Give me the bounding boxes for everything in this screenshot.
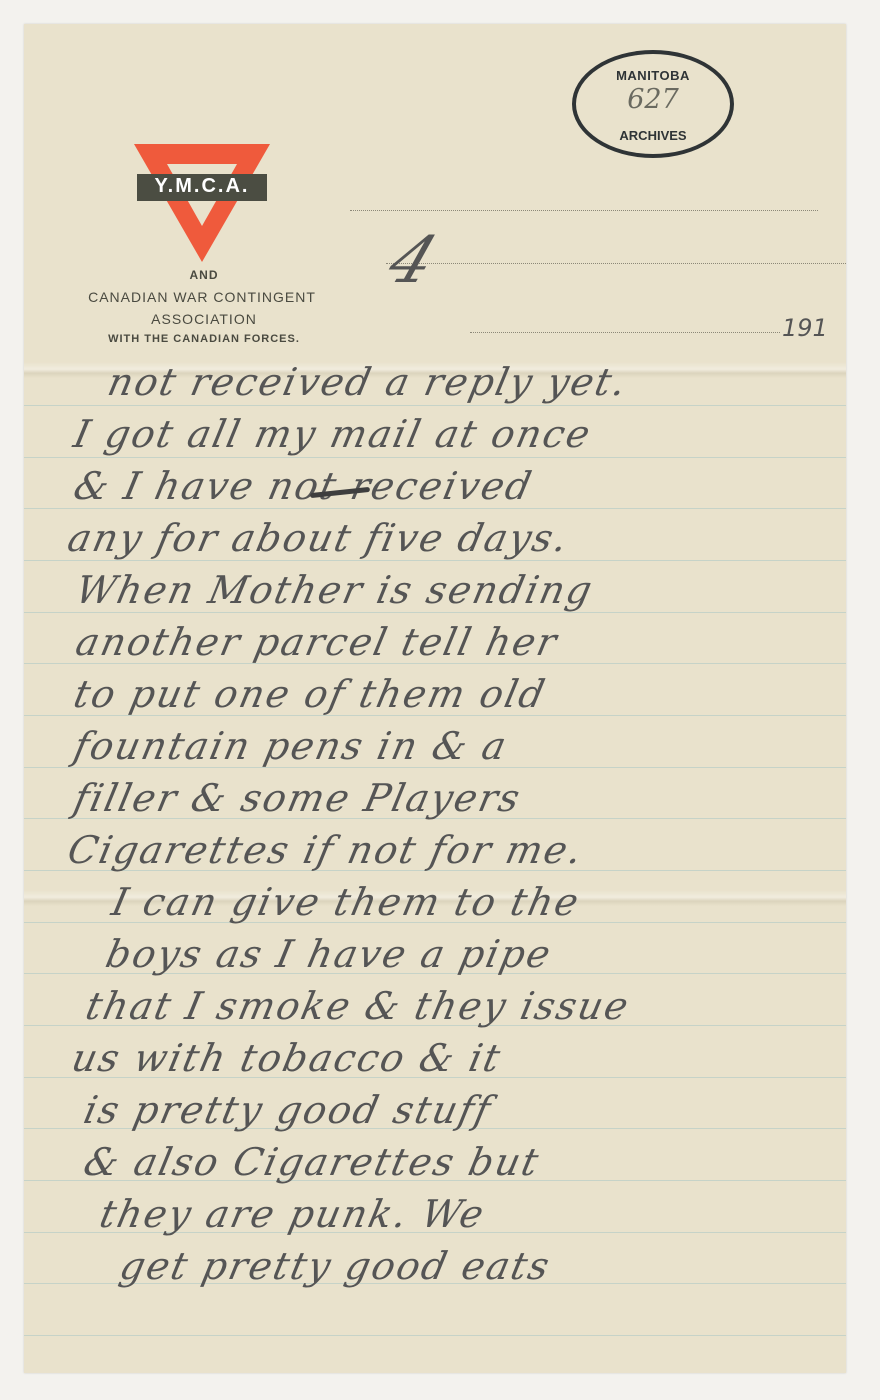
letter-line: get pretty good eats [116, 1244, 555, 1288]
ymca-triangle-logo-icon [134, 144, 270, 264]
stamp-bottom-text: ARCHIVES [576, 128, 730, 143]
letter-line: that I smoke & they issue [82, 984, 634, 1028]
org-line-and: AND [24, 268, 384, 282]
address-dotted-line-2 [386, 263, 846, 264]
stamp-top-text: MANITOBA [576, 68, 730, 83]
logo-text: Y.M.C.A. [134, 175, 270, 198]
letter-line: boys as I have a pipe [102, 932, 556, 976]
letter-line: When Mother is sending [72, 568, 598, 612]
date-dotted-line [470, 332, 780, 333]
org-line-contingent: CANADIAN WAR CONTINGENT [22, 289, 382, 305]
address-dotted-line-1 [350, 210, 818, 211]
org-line-forces: WITH THE CANADIAN FORCES. [24, 333, 384, 345]
page-number: 4 [379, 224, 447, 298]
letter-line: us with tobacco & it [68, 1036, 506, 1080]
manitoba-archives-stamp: MANITOBA 627 ARCHIVES [572, 50, 734, 158]
letter-line: any for about five days. [64, 516, 573, 560]
letter-line: & also Cigarettes but [80, 1140, 544, 1184]
letter-line: Cigarettes if not for me. [64, 828, 588, 872]
letter-line: to put one of them old [70, 672, 550, 716]
stamp-number: 627 [576, 84, 730, 115]
letter-line: is pretty good stuff [80, 1088, 496, 1132]
letter-line: & I have not received [70, 464, 537, 508]
letter-line: not received a reply yet. [104, 360, 632, 404]
letter-line: they are punk. We [96, 1192, 489, 1236]
year-prefix: 191 [782, 314, 828, 342]
letter-page: Y.M.C.A. AND CANADIAN WAR CONTINGENT ASS… [24, 24, 846, 1373]
letter-line: filler & some Players [70, 776, 525, 820]
letter-line: fountain pens in & a [70, 724, 512, 768]
org-line-association: ASSOCIATION [24, 311, 384, 327]
letter-line: another parcel tell her [72, 620, 562, 664]
letter-line: I got all my mail at once [70, 412, 596, 456]
letter-line: I can give them to the [108, 880, 584, 924]
